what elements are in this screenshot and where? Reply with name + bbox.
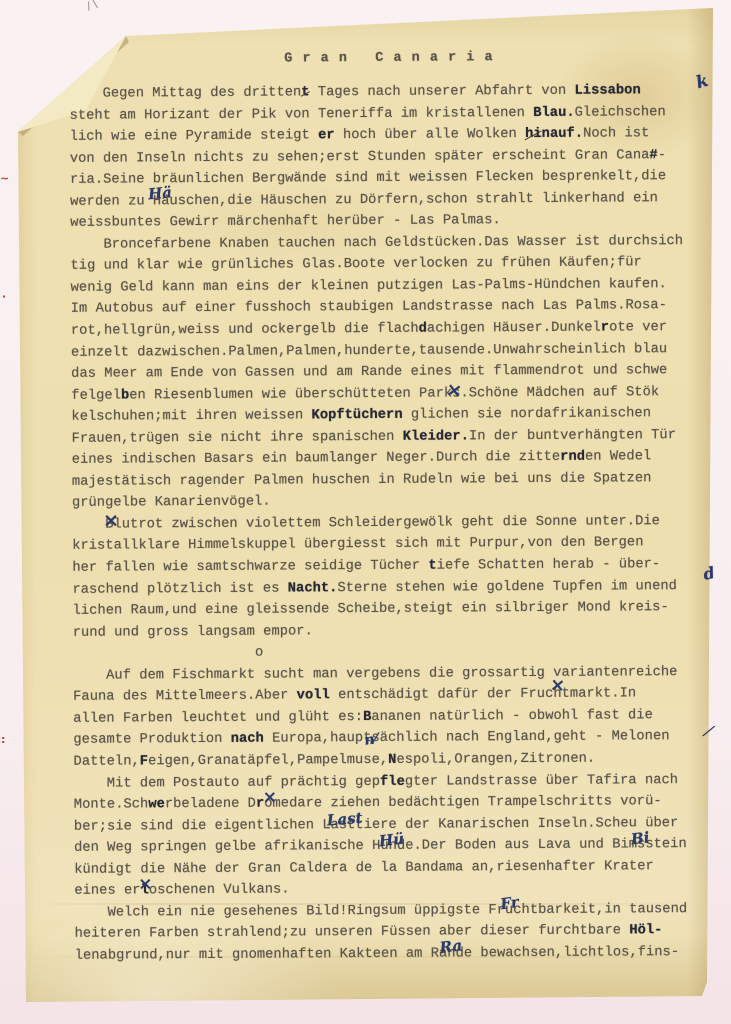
overtyped-text: Lissabon [574,83,640,98]
overtyped-text: N [388,753,396,768]
overtyped-text: voll [297,689,330,704]
typed-text: rund und gross langsam empor. [73,624,313,640]
typed-text: ria.Seine bräunlichen Bergwände sind mit… [70,169,666,188]
typed-text: Sterne stehen wie goldene Tupfen im unen… [337,579,677,596]
overtyped-text: # [649,148,657,163]
typed-text: lich wie eine Pyramide steigt [70,128,318,145]
typed-text: wenig Geld kann man eins der kleinen put… [71,277,667,296]
overtyped-text: B [363,710,371,725]
typed-line: kündigt die Nähe der Gran Caldera de la … [74,856,722,882]
overtyped-text: nauf. [542,127,583,142]
typed-text: Tages nach unserer Abfahrt von [310,84,575,101]
typed-text: felgel [71,388,121,403]
typed-text: eines er [74,884,140,899]
typed-text: kristallklare Himmelskuppel übergiesst s… [72,536,643,554]
typed-text: omedare ziehen bedächtigen Trampelschrit… [264,794,662,811]
overtyped-text: d [419,322,427,337]
typed-text: her fallen wie samtschwarze seidige Tüch… [72,559,428,576]
typed-text: weissbuntes Gewirr märchenhaft herüber -… [70,213,501,231]
red-edge-mark: : [1,733,5,746]
typed-text: Welch ein nie gesehenes Bild!Ringsum üpp… [74,902,687,921]
typed-text: In der buntverhängten Tür [469,428,676,444]
typed-text: glichen sie nordafrikanischen [403,406,651,423]
typed-text: Datteln, [73,754,139,769]
typed-text: Frauen,trügen sie nicht ihre spanischen [72,430,403,447]
typed-text: den Weg springen gelbe afrikanische Hund… [74,837,687,856]
overtyped-text: hi [525,127,542,142]
typed-text: raschend plötzlich ist es [72,581,287,597]
typed-line: werden zu Häuschen,die Häuschen zu Dörfe… [70,188,718,214]
typed-text: Blutrot zwischen violettem Schleidergewö… [72,514,660,533]
overtyped-text: fle [380,774,405,789]
typed-text: Gegen Mittag des dritten [69,85,301,101]
typed-text: Broncefarbene Knaben tauchen nach Geldst… [70,234,683,253]
typed-text: entschädigt dafür der Fruchtmarkt.In [330,687,636,704]
overtyped-text: er [318,128,335,143]
typed-text: en Riesenblumen wie überschütteten Parks… [129,385,659,403]
typed-text: Europa,hauptsächlich nach England,geht -… [264,730,670,747]
typed-text: hoch über alle Wolken [335,127,526,143]
overtyped-text: Höl- [629,924,662,939]
typed-text: - [658,148,666,163]
typed-text: kelschuhen;mit ihren weissen [71,409,311,425]
typed-text: heiteren Farben strahlend;zu unseren Füs… [75,924,630,942]
typed-text: Fauna des Mittelmeers.Aber [73,689,297,705]
scan-background: G r a n C a n a r i a Gegen Mittag des d… [0,0,731,1024]
typed-text: lenabgrund,nur mit gnomenhaften Kakteen … [75,945,679,964]
typed-text: rot,hellgrün,weiss und ockergelb die fla… [71,322,419,339]
document-content: G r a n C a n a r i a Gegen Mittag des d… [0,0,731,1024]
typed-text: gesamte Produktion [73,732,230,748]
document-title: G r a n C a n a r i a [284,50,493,66]
typed-text: kündigt die Nähe der Gran Caldera de la … [74,859,654,878]
overtyped-text: Blau. [533,105,574,120]
handwritten-annotations-layer: kHä××d×n⁄⁄×LastHüBi×FrRa [0,0,728,2]
overtyped-text: nach [231,732,264,747]
typed-text: gter Landstrasse über Tafira nach [405,773,678,790]
typed-text: einzelt dazwischen.Palmen,Palmen,hundert… [71,342,667,361]
typed-line: lichen Raum,und eine gleissende Scheibe,… [73,597,721,623]
overtyped-text: we [148,797,165,812]
overtyped-text: F [140,754,148,769]
typed-line: lenabgrund,nur mit gnomenhaften Kakteen … [75,942,723,968]
typed-text: Monte.Sch [74,797,149,812]
typed-text: eigen,Granatäpfel,Pampelmuse, [148,753,388,769]
typed-text: Auf dem Fischmarkt sucht man vergebens d… [73,665,677,684]
typed-line: majestätisch ragender Palmen huschen in … [72,468,720,494]
typed-text: ananen natürlich - obwohl fast die [371,708,653,725]
red-edge-mark: ~ [0,172,9,185]
typed-text: von den Inseln nichts zu sehen;erst Stun… [70,148,650,167]
overtyped-text: rnd [560,450,585,465]
typed-text: werden zu Häuschen,die Häuschen zu Dörfe… [70,191,658,210]
overtyped-text: b [121,388,129,403]
typed-text: lichen Raum,und eine gleissende Scheibe,… [73,600,669,619]
overtyped-text: r [601,321,609,336]
typed-text: ote ver [609,320,667,335]
typed-text: eines indischen Basars ein baumlanger Ne… [72,450,561,468]
overtyped-text: l [141,884,149,899]
overtyped-text: Kleider. [403,429,469,444]
typed-text: en Wedel [585,450,651,465]
typed-text: ber;sie sind die eigentlichen Lasttiere … [74,816,678,835]
typed-text: o [73,646,264,662]
typed-text: Gleichschen [575,105,666,121]
typed-text: Mit dem Postauto auf prächtig gep [74,774,380,791]
typed-line: gesamte Produktion nach Europa,hauptsäch… [73,726,721,752]
typed-text: Noch ist [583,126,649,141]
typed-text: tig und klar wie grünliches Glas.Boote v… [70,256,641,274]
typed-text: achigen Häuser.Dunkel [427,321,601,337]
typed-text: grüngelbe Kanarienvögel. [72,495,271,511]
overtyped-text: t [301,85,309,100]
typed-text: iefe Schatten herab - über- [437,557,661,573]
typed-text: espoli,Orangen,Zitronen. [396,752,595,768]
typed-text: allen Farben leuchtet und glüht es: [73,710,363,727]
overtyped-text: Nacht. [288,581,338,596]
typed-text-column: Gegen Mittag des drittent Tages nach uns… [69,80,722,967]
typed-text: steht am Horizant der Pik von Teneriffa … [70,106,534,124]
red-edge-mark: · [2,290,6,303]
typed-text: Im Autobus auf einer fusshoch staubigen … [71,299,667,318]
typed-text: majestätisch ragender Palmen huschen in … [72,471,652,490]
overtyped-text: Kopftüchern [311,408,402,424]
typed-text: oschenen Vulkans. [149,883,290,899]
typed-text: das Meer am Ende von Gassen und am Rande… [71,363,667,382]
typed-text: rbeladene D [165,797,256,813]
